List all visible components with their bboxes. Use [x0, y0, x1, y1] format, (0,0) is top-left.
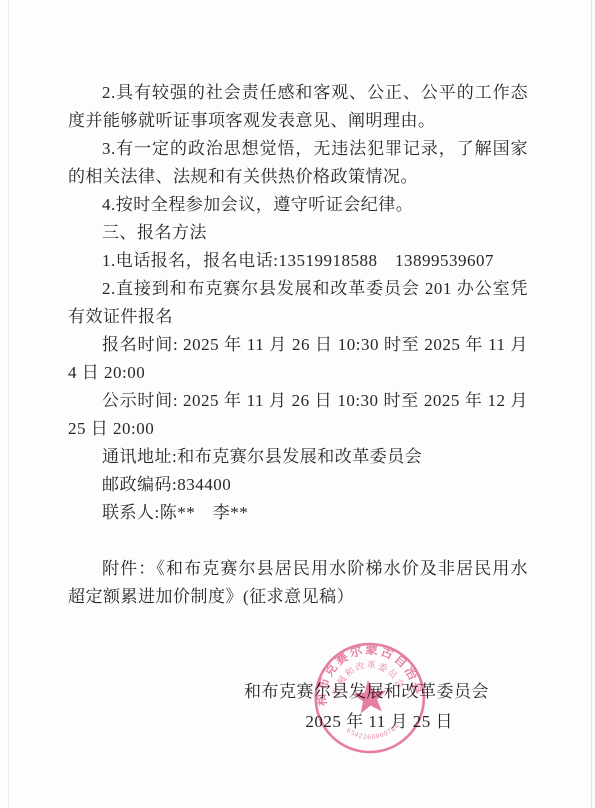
seal-code: 6542260000784	[344, 721, 402, 744]
official-seal: 和布克赛尔蒙古自治县 发展和改革委员会 6542260000784	[295, 625, 444, 774]
body-line: 的相关法律、法规和有关供热价格政策情况。	[68, 163, 528, 191]
attachment-line: 超定额累进加价制度》(征求意见稿）	[68, 583, 528, 611]
body-line: 4 日 20:00	[68, 359, 528, 387]
body-line: 度并能够就听证事项客观发表意见、阐明理由。	[68, 107, 528, 135]
blank-line	[68, 527, 528, 555]
body-line: 2.直接到和布克赛尔县发展和改革委员会 201 办公室凭	[68, 275, 528, 303]
body-line: 邮政编码:834400	[68, 471, 528, 499]
signature-org: 和布克赛尔县发展和改革委员会	[0, 678, 595, 706]
body-line: 报名时间: 2025 年 11 月 26 日 10:30 时至 2025 年 1…	[68, 331, 528, 359]
body-line: 3.有一定的政治思想觉悟，无违法犯罪记录，了解国家	[68, 135, 528, 163]
attachment-line: 附件：《和布克赛尔县居民用水阶梯水价及非居民用水	[68, 555, 528, 583]
body-line: 4.按时全程参加会议，遵守听证会纪律。	[68, 191, 528, 219]
body-line: 1.电话报名，报名电话:13519918588 13899539607	[68, 247, 528, 275]
body-line: 2.具有较强的社会责任感和客观、公正、公平的工作态	[68, 79, 528, 107]
scanned-document-page: 2.具有较强的社会责任感和客观、公正、公平的工作态 度并能够就听证事项客观发表意…	[0, 0, 595, 808]
body-line: 公示时间: 2025 年 11 月 26 日 10:30 时至 2025 年 1…	[68, 387, 528, 415]
star-icon	[351, 678, 388, 714]
body-line: 有效证件报名	[68, 303, 528, 331]
section-heading: 三、报名方法	[68, 219, 528, 247]
signature-date: 2025 年 11 月 25 日	[0, 708, 595, 736]
document-body: 2.具有较强的社会责任感和客观、公正、公平的工作态 度并能够就听证事项客观发表意…	[68, 79, 528, 611]
body-line: 联系人:陈** 李**	[68, 499, 528, 527]
body-line: 25 日 20:00	[68, 415, 528, 443]
body-line: 通讯地址:和布克赛尔县发展和改革委员会	[68, 443, 528, 471]
